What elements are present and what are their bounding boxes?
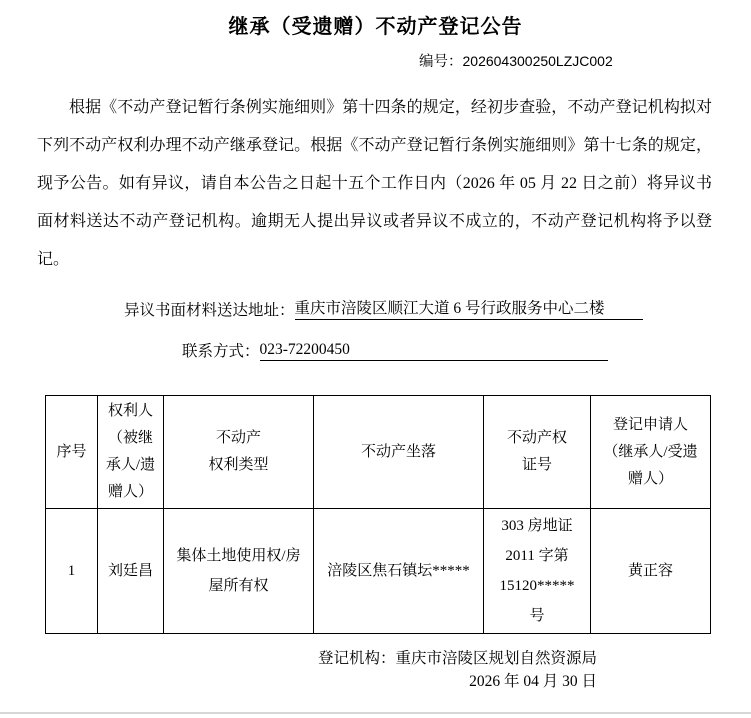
doc-number-label: 编号：: [419, 54, 463, 70]
contact-label: 联系方式：: [182, 343, 260, 360]
table-header-row: 序号 权利人 （被继 承人/遗 赠人） 不动产 权利类型 不动产坐落 不动产权 …: [46, 396, 711, 509]
header-cell-applicant: 登记申请人 （继承人/受遗 赠人）: [591, 396, 711, 509]
header-cell-right-type: 不动产 权利类型: [164, 396, 314, 509]
cell-right-type: 集体土地使用权/房 屋所有权: [164, 509, 314, 634]
footer-org: 登记机构：重庆市涪陵区规划自然资源局: [318, 647, 597, 670]
body-paragraph: 根据《不动产登记暂行条例实施细则》第十四条的规定，经初步查验，不动产登记机构拟对…: [37, 89, 712, 279]
cell-seq: 1: [46, 509, 98, 634]
doc-number: 编号：202604300250LZJC002: [419, 50, 613, 71]
contact-value: 023-72200450: [260, 341, 608, 361]
address-line: 异议书面材料送达地址：重庆市涪陵区顺江大道 6 号行政服务中心二楼: [124, 296, 643, 320]
doc-number-value: 202604300250LZJC002: [463, 53, 613, 69]
header-cell-location: 不动产坐落: [314, 396, 484, 509]
header-cell-cert-no: 不动产权 证号: [484, 396, 591, 509]
contact-line: 联系方式：023-72200450: [182, 339, 608, 361]
table-row: 1 刘廷昌 集体土地使用权/房 屋所有权 涪陵区焦石镇坛***** 303 房地…: [46, 509, 711, 634]
cell-cert-no: 303 房地证 2011 字第 15120***** 号: [484, 509, 591, 634]
cell-rightholder: 刘廷昌: [98, 509, 164, 634]
document-page: 继承（受遗赠）不动产登记公告 编号：202604300250LZJC002 根据…: [0, 0, 751, 718]
header-cell-rightholder: 权利人 （被继 承人/遗 赠人）: [98, 396, 164, 509]
cell-location: 涪陵区焦石镇坛*****: [314, 509, 484, 634]
address-value: 重庆市涪陵区顺江大道 6 号行政服务中心二楼: [295, 296, 643, 320]
address-label: 异议书面材料送达地址：: [124, 302, 295, 319]
page-bottom-edge: [0, 712, 751, 714]
footer-date: 2026 年 04 月 30 日: [318, 670, 597, 693]
footer: 登记机构：重庆市涪陵区规划自然资源局 2026 年 04 月 30 日: [318, 647, 597, 693]
registration-table: 序号 权利人 （被继 承人/遗 赠人） 不动产 权利类型 不动产坐落 不动产权 …: [45, 395, 711, 634]
cell-applicant: 黄正容: [591, 509, 711, 634]
header-cell-seq: 序号: [46, 396, 98, 509]
page-title: 继承（受遗赠）不动产登记公告: [0, 10, 751, 39]
